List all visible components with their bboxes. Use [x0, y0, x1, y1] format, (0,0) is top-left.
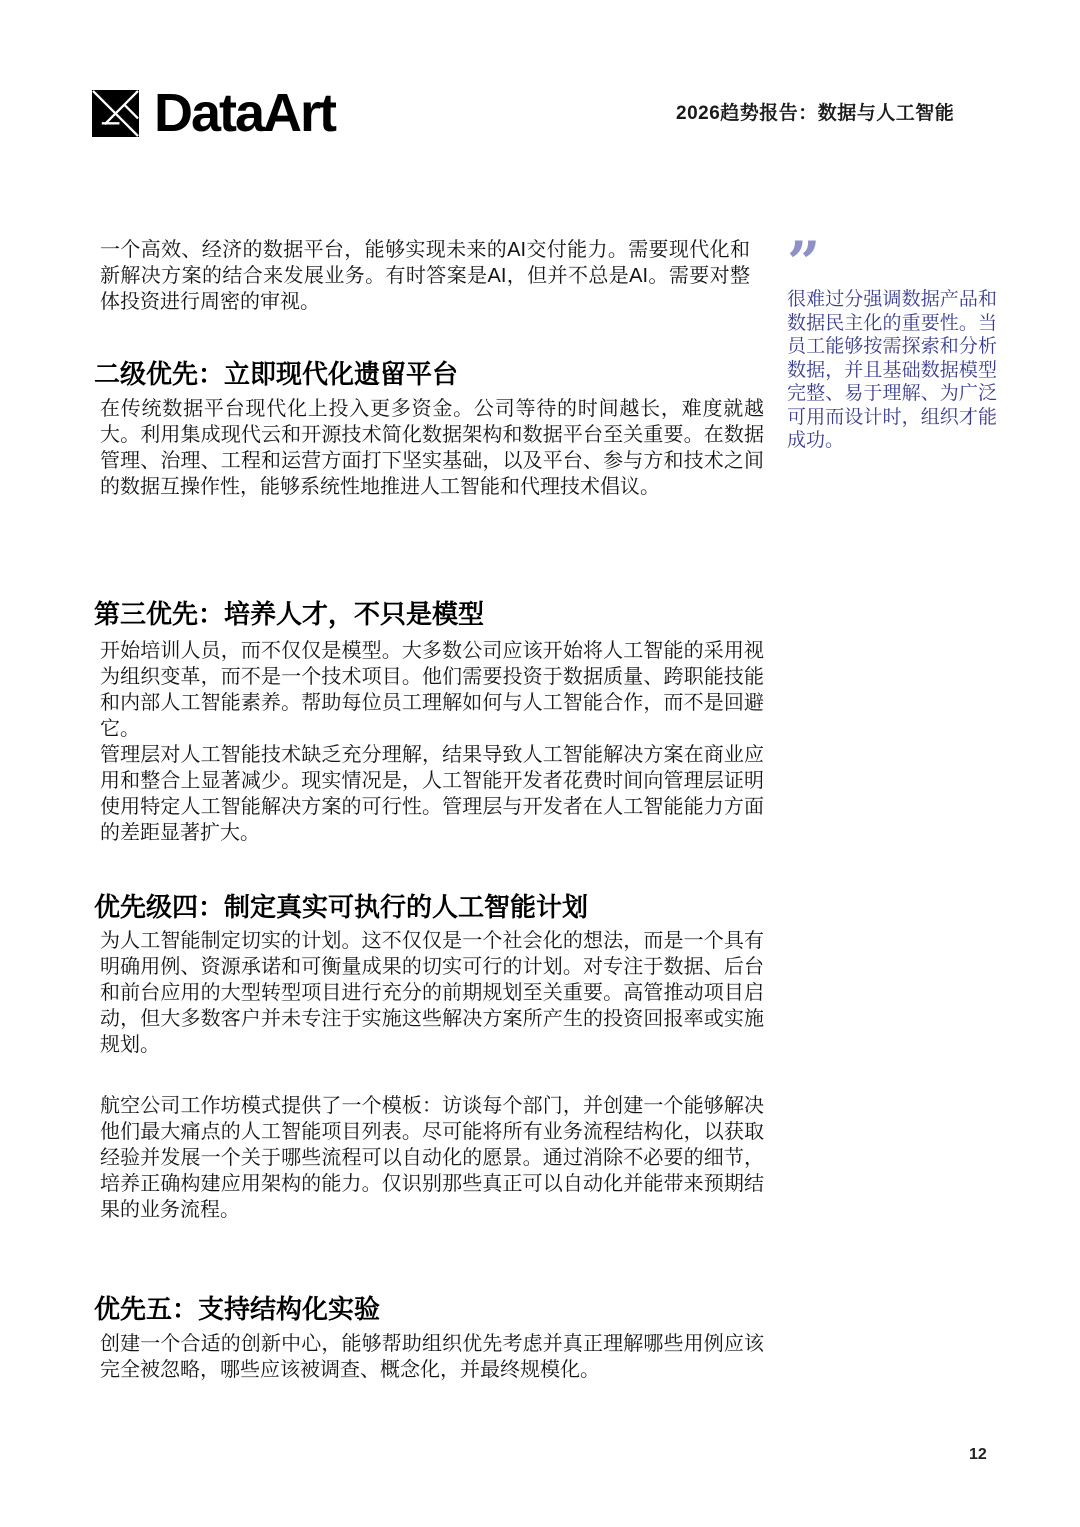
brand-logo: DataArt	[92, 86, 335, 140]
section-2-heading: 第三优先：培养人才，不只是模型	[94, 598, 484, 630]
brand-wordmark: DataArt	[154, 86, 335, 140]
section-3-heading: 优先级四：制定真实可执行的人工智能计划	[94, 891, 588, 923]
section-2-paragraph-1: 开始培训人员，而不仅仅是模型。大多数公司应该开始将人工智能的采用视为组织变革，而…	[100, 638, 764, 742]
section-2-paragraph-2: 管理层对人工智能技术缺乏充分理解，结果导致人工智能解决方案在商业应用和整合上显著…	[100, 742, 764, 846]
pull-quote-text: 很难过分强调数据产品和数据民主化的重要性。当员工能够按需探索和分析数据，并且基础…	[787, 288, 997, 453]
section-3-paragraph-2: 航空公司工作坊模式提供了一个模板：访谈每个部门，并创建一个能够解决他们最大痛点的…	[100, 1093, 764, 1223]
report-page: DataArt 2026趋势报告：数据与人工智能 一个高效、经济的数据平台，能够…	[0, 0, 1080, 1527]
section-1-paragraph-1: 在传统数据平台现代化上投入更多资金。公司等待的时间越长，难度就越大。利用集成现代…	[100, 396, 764, 500]
report-title: 2026趋势报告：数据与人工智能	[676, 98, 954, 125]
section-4-paragraph-1: 创建一个合适的创新中心，能够帮助组织优先考虑并真正理解哪些用例应该完全被忽略，哪…	[100, 1331, 764, 1383]
page-number: 12	[969, 1446, 987, 1464]
section-4-heading: 优先五：支持结构化实验	[94, 1293, 380, 1325]
quote-mark-icon: ”	[787, 246, 997, 280]
dataart-tangram-icon	[92, 90, 139, 137]
intro-paragraph: 一个高效、经济的数据平台，能够实现未来的AI交付能力。需要现代化和新解决方案的结…	[100, 237, 750, 315]
section-3-paragraph-1: 为人工智能制定切实的计划。这不仅仅是一个社会化的想法，而是一个具有明确用例、资源…	[100, 928, 764, 1058]
section-1-heading: 二级优先：立即现代化遗留平台	[94, 358, 458, 390]
pull-quote: ” 很难过分强调数据产品和数据民主化的重要性。当员工能够按需探索和分析数据，并且…	[787, 246, 997, 453]
